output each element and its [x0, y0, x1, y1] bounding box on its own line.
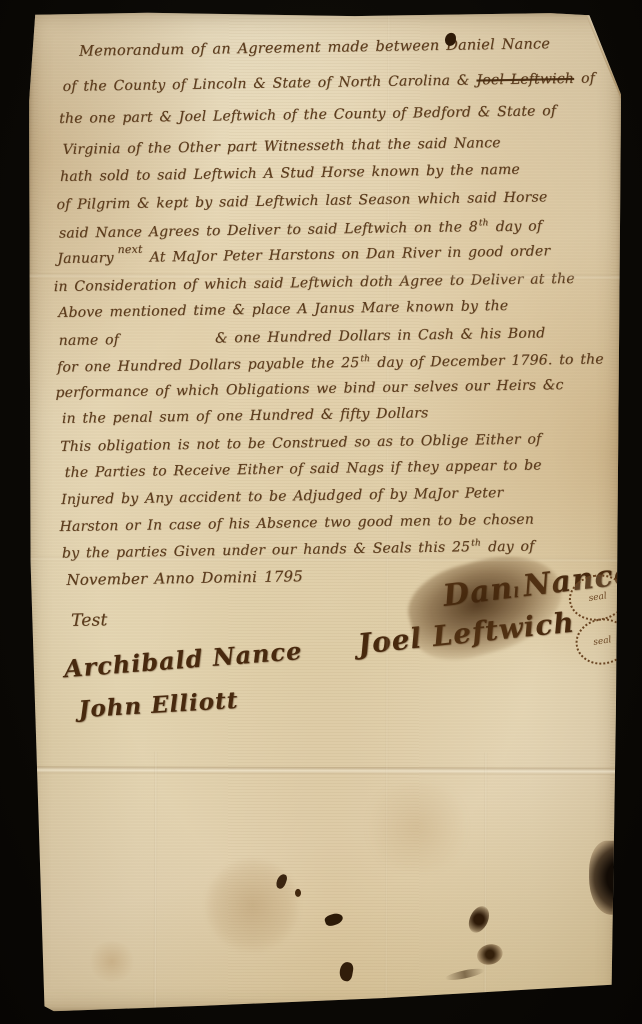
document-line: This obligation is not to be Construed s…	[60, 431, 541, 455]
document-text: Memorandum of an Agreement made between …	[41, 2, 623, 771]
superscript-insert: th	[479, 218, 489, 228]
document-line: the one part & Joel Leftwich of the Coun…	[59, 103, 556, 127]
document-line: of the County of Lincoln & State of Nort…	[63, 71, 596, 95]
ink-blot	[465, 903, 493, 936]
witness-signature-john-elliott: John Elliott	[78, 687, 239, 723]
line-text: of the County of Lincoln & State of Nort…	[63, 73, 470, 95]
document-line: hath sold to said Leftwich A Stud Horse …	[60, 162, 520, 185]
line-text: day of December 1796. to the	[377, 351, 604, 371]
attest-label: Test	[71, 610, 108, 631]
fold-crease-vertical	[484, 752, 488, 1012]
ink-blot	[324, 912, 345, 928]
superscript-insert: next	[117, 243, 142, 256]
document-line: in the penal sum of one Hundred & fifty …	[62, 405, 429, 427]
document-line: Memorandum of an Agreement made between …	[79, 36, 550, 59]
document-line: performance of which Obligations we bind…	[55, 377, 563, 401]
line-text: for one Hundred Dollars payable the 25	[57, 355, 360, 376]
witness-signature-archibald-nance: Archibald Nance	[63, 636, 303, 683]
fold-crease-vertical	[154, 752, 158, 1012]
struck-text: Joel Leftwich	[476, 71, 574, 89]
document-line: Injured by Any accident to be Adjudged o…	[61, 485, 504, 508]
fold-crease-horizontal	[27, 766, 619, 775]
line-text: & one Hundred Dollars in Cash & his Bond	[215, 325, 546, 346]
document-line: said Nance Agrees to Deliver to said Lef…	[59, 217, 542, 241]
paper-sheet: Memorandum of an Agreement made between …	[27, 11, 622, 1013]
line-text: day of	[488, 538, 535, 555]
document-line: Virginia of the Other part Witnesseth th…	[63, 135, 501, 158]
superscript-insert: th	[471, 538, 481, 548]
stain	[87, 941, 137, 981]
document-line: JanuarynextAt MaJor Peter Harstons on Da…	[57, 243, 550, 267]
document-line: November Anno Domini 1795	[66, 567, 303, 589]
superscript-insert: th	[360, 354, 370, 364]
line-text: January	[57, 250, 114, 267]
line-text: day of	[496, 218, 543, 235]
document-line: Above mentioned time & place A Janus Mar…	[58, 298, 508, 321]
seal-label: seal	[588, 591, 608, 604]
stain	[357, 782, 477, 872]
document-line: Harston or In case of his Absence two go…	[59, 512, 534, 535]
document-line: for one Hundred Dollars payable the 25th…	[57, 350, 604, 375]
document-line: name of& one Hundred Dollars in Cash & h…	[59, 325, 546, 349]
line-text: said Nance Agrees to Deliver to said Lef…	[59, 219, 478, 242]
document-line: of Pilgrim & kept by said Leftwich last …	[56, 189, 547, 213]
ink-blot	[338, 961, 354, 982]
line-text: name of	[59, 332, 120, 349]
line-text: of	[581, 71, 595, 87]
ink-blot	[444, 966, 485, 982]
seal-label: seal	[593, 635, 613, 648]
ink-blot	[295, 889, 301, 897]
stain	[205, 858, 300, 953]
line-text: At MaJor Peter Harstons on Dan River in …	[150, 243, 551, 265]
ink-blot	[475, 941, 505, 967]
document-line: the Parties to Receive Either of said Na…	[65, 457, 542, 480]
